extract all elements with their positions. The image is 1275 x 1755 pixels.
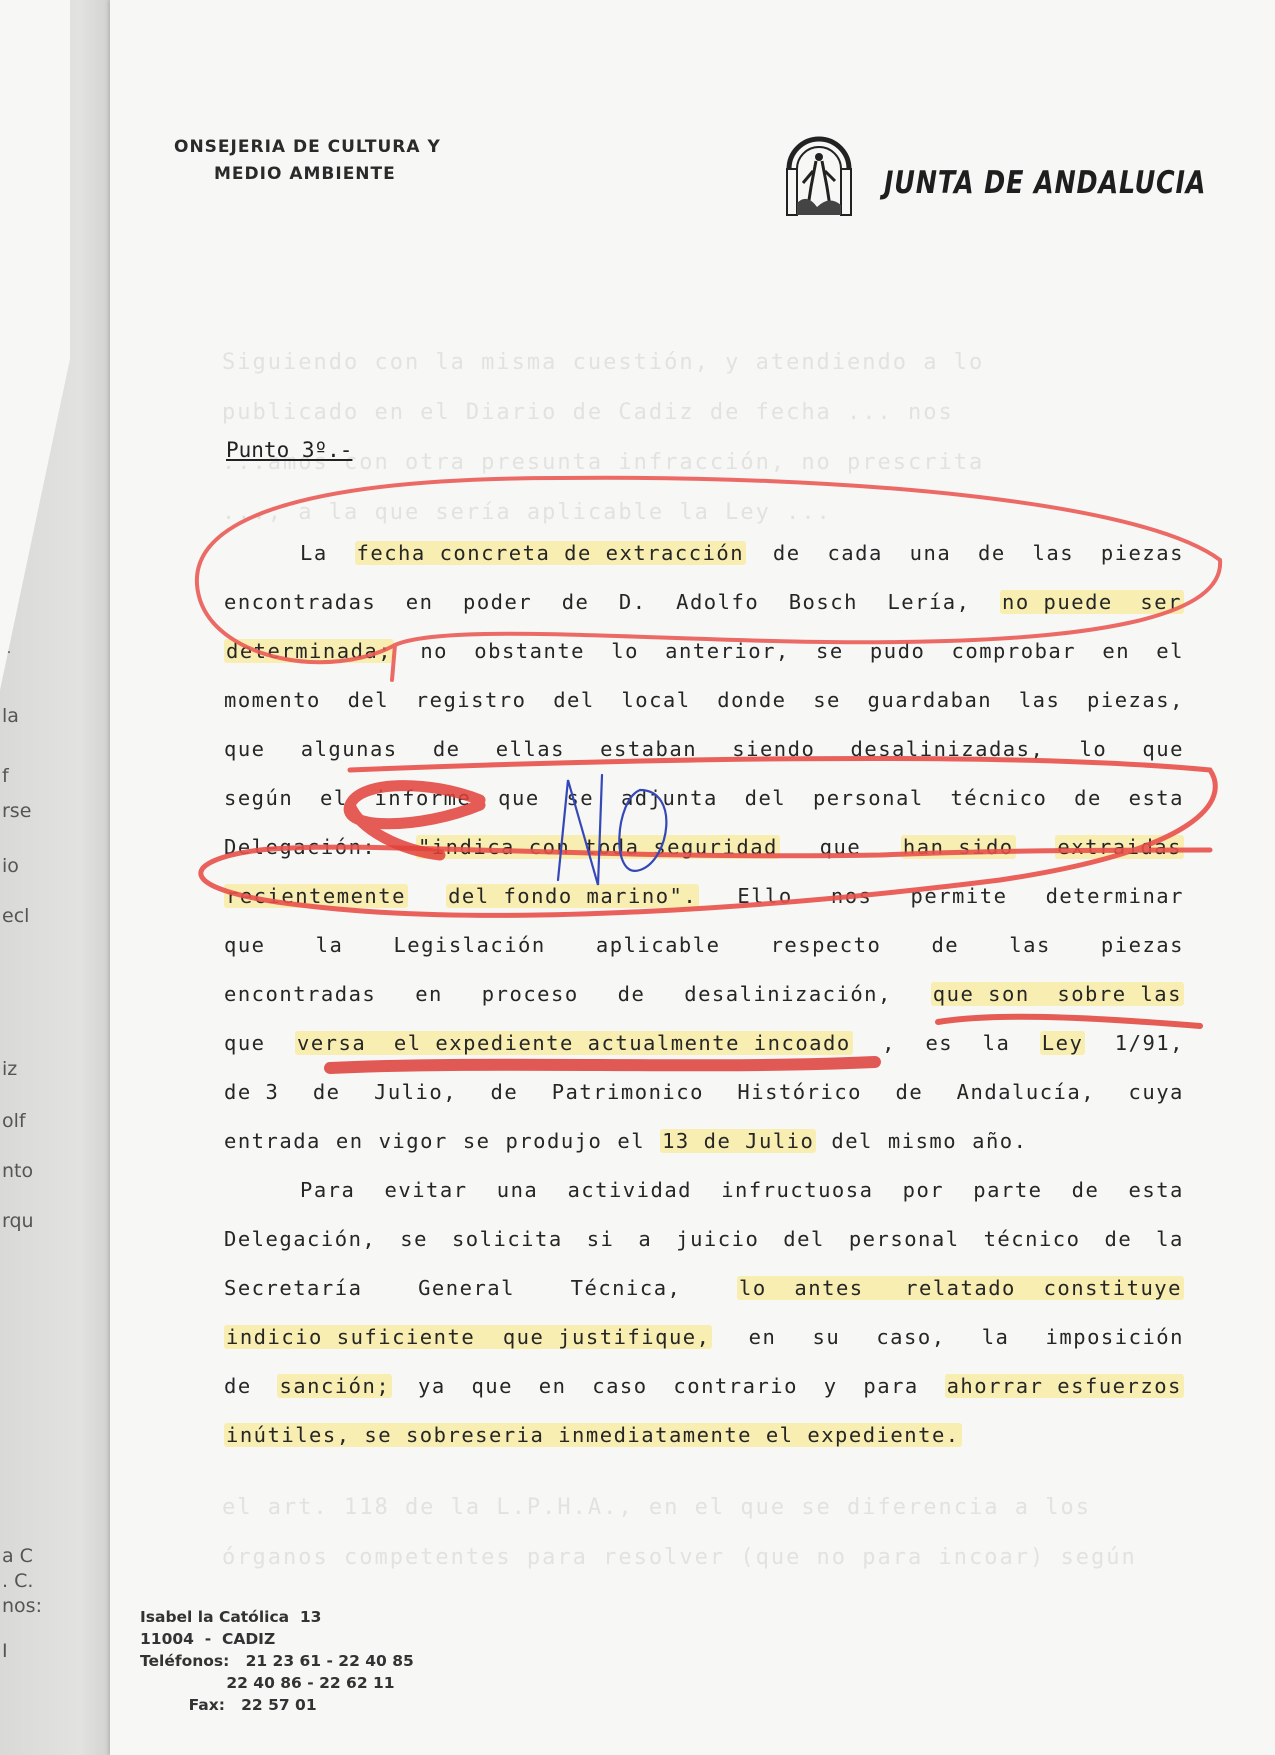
footer-fax: 22 57 01 xyxy=(241,1696,317,1714)
word: se xyxy=(813,688,841,712)
word: vigor xyxy=(379,1129,448,1153)
word: Secretaría xyxy=(224,1276,362,1300)
highlighted-text: indicio suficiente que justifique, xyxy=(224,1325,712,1349)
org-name-line2: MEDIO AMBIENTE xyxy=(214,164,396,184)
bleed-through-line: ..., a la que sería aplicable la Ley ... xyxy=(222,500,1182,525)
word: donde xyxy=(717,688,786,712)
text-line: SecretaríaGeneralTécnica,lo antes relata… xyxy=(224,1276,1184,1300)
word: es xyxy=(925,1031,953,1055)
word: aplicable xyxy=(596,933,721,957)
word: del xyxy=(783,1227,825,1251)
word: por xyxy=(903,1178,945,1202)
word: respecto xyxy=(771,933,882,957)
word: en xyxy=(415,982,443,1006)
word: momento xyxy=(224,688,321,712)
underlying-text-fragment: ecl xyxy=(2,905,29,927)
word: desalinizadas, xyxy=(851,737,1045,761)
text-line: Delegación:"indica con toda seguridadque… xyxy=(224,835,1184,859)
word: de xyxy=(895,1080,923,1104)
section-heading: Punto 3º.- xyxy=(226,438,352,462)
word: Legislación xyxy=(393,933,545,957)
word: de xyxy=(931,933,959,957)
underlying-text-fragment: f xyxy=(2,765,9,787)
word: adjunta xyxy=(621,786,718,810)
highlighted-text: sanción; xyxy=(277,1374,392,1398)
highlighted-text: del fondo marino". xyxy=(446,884,699,908)
brand-junta-de-andalucia: JUNTA DE ANDALUCIA xyxy=(884,165,1206,201)
word: infructuosa xyxy=(721,1178,873,1202)
bleed-through-line: Siguiendo con la misma cuestión, y atend… xyxy=(222,350,1182,375)
word: caso xyxy=(592,1374,647,1398)
letterhead-footer: Isabel la Católica 13 11004 - CADIZ Telé… xyxy=(140,1606,414,1716)
highlighted-text: Ley xyxy=(1040,1031,1086,1055)
word: de xyxy=(224,1374,252,1398)
bleed-through-line: órganos competentes para resolver (que n… xyxy=(222,1545,1182,1570)
text-line: Delegación,sesolicitasiajuiciodelpersona… xyxy=(224,1227,1184,1251)
word: registro xyxy=(416,688,527,712)
underlying-text-fragment: rse xyxy=(2,800,31,822)
word: evitar xyxy=(385,1178,468,1202)
word: técnico xyxy=(984,1227,1081,1251)
word: las xyxy=(1019,688,1061,712)
word: contrario xyxy=(673,1374,798,1398)
letter-page xyxy=(110,0,1275,1755)
word: que xyxy=(471,1374,513,1398)
text-line: encontradasenprocesodedesalinización,que… xyxy=(224,982,1184,1006)
highlighted-text: han sido xyxy=(901,835,1016,859)
highlighted-text: "indica con toda seguridad xyxy=(416,835,780,859)
word: estaban xyxy=(600,737,697,761)
word: en xyxy=(539,1374,567,1398)
word: piezas xyxy=(1101,933,1184,957)
word: técnico xyxy=(950,786,1047,810)
word: en xyxy=(749,1325,777,1349)
word: Andalucía, xyxy=(957,1080,1095,1104)
word: de xyxy=(433,737,461,761)
word: el xyxy=(320,786,348,810)
word: pudo xyxy=(870,639,925,663)
word: si xyxy=(587,1227,615,1251)
word: anterior, xyxy=(665,639,790,663)
highlighted-text: fecha concreta de extracción xyxy=(355,541,747,565)
word: se xyxy=(816,639,844,663)
word: y xyxy=(824,1374,838,1398)
word: Bosch xyxy=(789,590,858,614)
word: juicio xyxy=(676,1227,759,1251)
word: la xyxy=(1156,1227,1184,1251)
text-line: quealgunasdeellasestabansiendodesaliniza… xyxy=(224,737,1184,761)
highlighted-text: que son sobre las xyxy=(931,982,1184,1006)
word: del xyxy=(831,1129,873,1153)
word: informe xyxy=(374,786,471,810)
word: , xyxy=(882,1031,896,1055)
word: Delegación: xyxy=(224,835,376,859)
word: ellas xyxy=(496,737,565,761)
highlighted-text: extraidas xyxy=(1055,835,1184,859)
word: de xyxy=(491,1080,519,1104)
word: Patrimonico xyxy=(552,1080,704,1104)
word: Adolfo xyxy=(676,590,759,614)
word: la xyxy=(982,1325,1010,1349)
word: produjo xyxy=(506,1129,603,1153)
text-line: inútiles, se sobreseria inmediatamente e… xyxy=(224,1423,1184,1447)
word: la xyxy=(316,933,344,957)
word: de 3 xyxy=(224,1080,279,1104)
highlighted-text: inútiles, se sobreseria inmediatamente e… xyxy=(224,1423,962,1447)
text-line: Paraevitarunaactividadinfructuosaporpart… xyxy=(300,1178,1184,1202)
org-name-line1: ONSEJERIA DE CULTURA Y xyxy=(174,137,441,157)
word: Ello xyxy=(737,884,792,908)
word: nos xyxy=(831,884,873,908)
bleed-through-line: ...amos con otra presunta infracción, no… xyxy=(222,450,1182,475)
word: las xyxy=(1009,933,1051,957)
word: actividad xyxy=(567,1178,692,1202)
word: lo xyxy=(1080,737,1108,761)
word: proceso xyxy=(482,982,579,1006)
word: cada xyxy=(827,541,882,565)
underlying-text-fragment: nto xyxy=(2,1160,33,1182)
word: Técnica, xyxy=(571,1276,682,1300)
word: cuya xyxy=(1129,1080,1184,1104)
word: se xyxy=(566,786,594,810)
text-line: entradaenvigorseprodujoel13 de Juliodelm… xyxy=(224,1129,1184,1153)
word: mismo xyxy=(888,1129,957,1153)
word: que xyxy=(820,835,862,859)
underlying-text-fragment: a C xyxy=(2,1545,33,1567)
word: desalinización, xyxy=(684,982,892,1006)
footer-fax-label: Fax: xyxy=(189,1696,225,1714)
footer-phones-label: Teléfonos: xyxy=(140,1652,229,1670)
text-line: desanción;yaqueencasocontrarioyparaahorr… xyxy=(224,1374,1184,1398)
word: Delegación, xyxy=(224,1227,376,1251)
highlighted-text: versa el expediente actualmente incoado xyxy=(295,1031,853,1055)
word: a xyxy=(638,1227,652,1251)
highlighted-text: determinada; xyxy=(224,639,394,663)
bleed-through-line: el art. 118 de la L.P.H.A., en el que se… xyxy=(222,1495,1182,1520)
highlighted-text: recientemente xyxy=(224,884,408,908)
word: de xyxy=(562,590,590,614)
word: 1/91, xyxy=(1115,1031,1184,1055)
text-line: queversa el expediente actualmente incoa… xyxy=(224,1031,1184,1055)
word: Lería, xyxy=(887,590,970,614)
text-line: encontradasenpoderdeD.AdolfoBoschLería,n… xyxy=(224,590,1184,614)
word: de xyxy=(773,541,801,565)
word: algunas xyxy=(301,737,398,761)
word: una xyxy=(910,541,952,565)
underlying-text-fragment: iz xyxy=(2,1058,17,1080)
word: piezas xyxy=(1101,541,1184,565)
word: Para xyxy=(300,1178,355,1202)
word: encontradas xyxy=(224,590,376,614)
word: de xyxy=(1074,786,1102,810)
word: Histórico xyxy=(737,1080,862,1104)
text-line: indicio suficiente que justifique,ensuca… xyxy=(224,1325,1184,1349)
footer-address: Isabel la Católica 13 xyxy=(140,1608,321,1626)
word: solicita xyxy=(452,1227,563,1251)
highlighted-text: no puede ser xyxy=(1000,590,1184,614)
word: obstante xyxy=(474,639,585,663)
footer-postal: 11004 - CADIZ xyxy=(140,1630,275,1648)
word: de xyxy=(313,1080,341,1104)
word: de xyxy=(978,541,1006,565)
word: guardaban xyxy=(868,688,993,712)
underlying-text-fragment: io xyxy=(2,855,19,877)
highlighted-text: lo antes relatado constituye xyxy=(737,1276,1184,1300)
word: que xyxy=(1142,737,1184,761)
word: D. xyxy=(619,590,647,614)
highlighted-text: ahorrar esfuerzos xyxy=(945,1374,1184,1398)
word: caso, xyxy=(876,1325,945,1349)
text-line: de 3deJulio,dePatrimonicoHistóricodeAnda… xyxy=(224,1080,1184,1104)
footer-phones-1: 21 23 61 - 22 40 85 xyxy=(246,1652,414,1670)
word: que xyxy=(224,1031,266,1055)
text-line: determinada;noobstanteloanterior,sepudoc… xyxy=(224,639,1184,663)
word: del xyxy=(745,786,787,810)
word: de xyxy=(618,982,646,1006)
word: encontradas xyxy=(224,982,376,1006)
word: local xyxy=(621,688,690,712)
word: su xyxy=(812,1325,840,1349)
word: lo xyxy=(611,639,639,663)
word: entrada xyxy=(224,1129,321,1153)
underlying-text-fragment: nos: xyxy=(2,1595,42,1617)
word: permite xyxy=(911,884,1008,908)
word: en xyxy=(1102,639,1130,663)
word: parte xyxy=(973,1178,1042,1202)
word: las xyxy=(1033,541,1075,565)
word: General xyxy=(418,1276,515,1300)
text-line: recientementedel fondo marino".Ellonospe… xyxy=(224,884,1184,908)
word: personal xyxy=(813,786,924,810)
coat-of-arms-icon xyxy=(783,123,855,219)
word: imposición xyxy=(1046,1325,1184,1349)
word: la xyxy=(983,1031,1011,1055)
text-line: segúnelinformequeseadjuntadelpersonaltéc… xyxy=(224,786,1184,810)
word: que xyxy=(224,933,266,957)
word: Julio, xyxy=(374,1080,457,1104)
word: de xyxy=(1104,1227,1132,1251)
word: que xyxy=(224,737,266,761)
underlying-text-fragment: . C. xyxy=(2,1570,33,1592)
word: se xyxy=(400,1227,428,1251)
word: personal xyxy=(849,1227,960,1251)
word: poder xyxy=(463,590,532,614)
word: La xyxy=(300,541,328,565)
word: del xyxy=(348,688,390,712)
bleed-through-line: publicado en el Diario de Cadiz de fecha… xyxy=(222,400,1182,425)
word: una xyxy=(497,1178,539,1202)
word: se xyxy=(463,1129,491,1153)
word: en xyxy=(406,590,434,614)
word: el xyxy=(617,1129,645,1153)
word: siendo xyxy=(732,737,815,761)
word: año. xyxy=(972,1129,1027,1153)
word: para xyxy=(863,1374,918,1398)
word: del xyxy=(553,688,595,712)
text-line: quelaLegislaciónaplicablerespectodelaspi… xyxy=(224,933,1184,957)
text-line: Lafecha concreta de extraccióndecadaunad… xyxy=(300,541,1184,565)
word: comprobar xyxy=(952,639,1077,663)
word: ya xyxy=(418,1374,446,1398)
word: piezas, xyxy=(1087,688,1184,712)
word: en xyxy=(336,1129,364,1153)
footer-phones-2: 22 40 86 - 22 62 11 xyxy=(226,1674,394,1692)
word: no xyxy=(420,639,448,663)
word: que xyxy=(498,786,540,810)
highlighted-text: 13 de Julio xyxy=(660,1129,816,1153)
word: esta xyxy=(1129,1178,1184,1202)
word: según xyxy=(224,786,293,810)
underlying-text-fragment: olf xyxy=(2,1110,26,1132)
word: el xyxy=(1156,639,1184,663)
word: de xyxy=(1072,1178,1100,1202)
word: determinar xyxy=(1046,884,1184,908)
text-line: momentodelregistrodellocaldondeseguardab… xyxy=(224,688,1184,712)
word: esta xyxy=(1129,786,1184,810)
underlying-text-fragment: rqu xyxy=(2,1210,34,1232)
underlying-text-fragment: I xyxy=(2,1640,8,1662)
underlying-text-fragment: la xyxy=(2,705,19,727)
